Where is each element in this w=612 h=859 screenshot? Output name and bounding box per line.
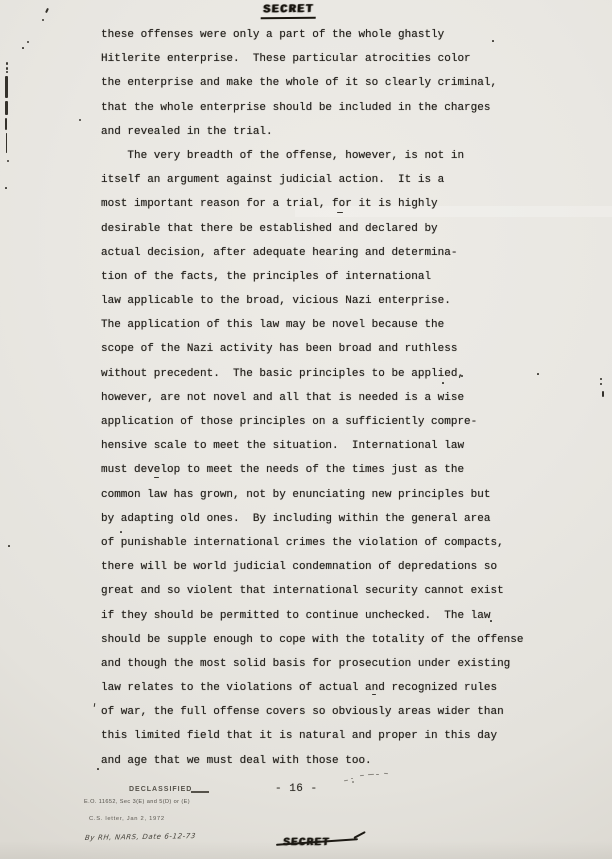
ink-speck xyxy=(492,40,494,42)
typewritten-line: there will be world judicial condemnatio… xyxy=(101,555,523,579)
secret-stamp-top: SECRET xyxy=(261,3,317,19)
typewritten-line: that the whole enterprise should be incl… xyxy=(101,96,523,120)
ink-speck xyxy=(97,768,99,770)
typewritten-line: these offenses were only a part of the w… xyxy=(101,23,523,47)
secret-stamp-bottom-wrap: SECRET xyxy=(283,832,330,850)
typewritten-line: law applicable to the broad, vicious Naz… xyxy=(101,289,523,313)
typewritten-line: if they should be permitted to continue … xyxy=(101,604,523,628)
ink-speck xyxy=(120,531,122,533)
typewritten-line: most important reason for a trial, for i… xyxy=(101,192,523,216)
margin-pen-stroke xyxy=(6,133,7,153)
typewritten-line: application of those principles on a suf… xyxy=(101,410,523,434)
authority-letter-line: C.S. letter, Jan 2, 1972 xyxy=(89,816,165,822)
typewritten-line: by adapting old ones. By including withi… xyxy=(101,507,523,531)
typewritten-line: scope of the Nazi activity has been broa… xyxy=(101,337,523,361)
ink-speck xyxy=(79,119,81,121)
typewritten-line: desirable that there be established and … xyxy=(101,217,523,241)
typo-correction-mark xyxy=(372,694,376,695)
typewritten-line: the enterprise and make the whole of it … xyxy=(101,71,523,95)
margin-pen-dot xyxy=(6,71,8,73)
ink-speck xyxy=(42,19,44,21)
typewritten-line: must develop to meet the needs of the ti… xyxy=(101,458,523,482)
ink-speck xyxy=(602,391,604,397)
typo-correction-mark xyxy=(337,212,343,213)
typewritten-line: The very breadth of the offense, however… xyxy=(101,144,523,168)
executive-order-line: E.O. 11652, Sec 3(E) and 5(D) or (E) xyxy=(84,799,190,805)
stray-quote-mark xyxy=(94,703,96,707)
declassified-label: DECLASSIFIED xyxy=(129,786,192,793)
ink-speck xyxy=(537,373,539,375)
margin-pen-stroke xyxy=(5,101,8,115)
page-number: - 16 - xyxy=(275,783,318,795)
ink-speck xyxy=(600,383,602,385)
typewritten-line: actual decision, after adequate hearing … xyxy=(101,241,523,265)
strikethrough-tail xyxy=(353,831,365,839)
typewritten-line: tion of the facts, the principles of int… xyxy=(101,265,523,289)
ink-speck xyxy=(490,620,492,622)
typewritten-line: itself an argument against judicial acti… xyxy=(101,168,523,192)
typewritten-line: Hitlerite enterprise. These particular a… xyxy=(101,47,523,71)
typewritten-line: and revealed in the trial. xyxy=(101,120,523,144)
ink-speck xyxy=(22,47,24,49)
ink-speck xyxy=(45,8,49,13)
ink-speck xyxy=(461,375,463,377)
margin-pen-dot xyxy=(6,62,8,65)
margin-pen-dot xyxy=(7,160,9,162)
ink-speck xyxy=(442,382,444,384)
margin-pen-stroke xyxy=(5,76,8,98)
typewritten-line: however, are not novel and all that is n… xyxy=(101,386,523,410)
typewritten-line: should be supple enough to cope with the… xyxy=(101,628,523,652)
margin-pen-stroke xyxy=(5,118,7,130)
typewritten-line: of war, the full offense covers so obvio… xyxy=(101,700,523,724)
typewritten-line: of punishable international crimes the v… xyxy=(101,531,523,555)
pencil-smudge xyxy=(342,770,397,786)
ink-speck xyxy=(27,41,29,43)
typewritten-line: and age that we must deal with those too… xyxy=(101,749,523,773)
typewritten-line: common law has grown, not by enunciating… xyxy=(101,483,523,507)
typewritten-line: great and so violent that international … xyxy=(101,579,523,603)
margin-pen-dot xyxy=(5,187,7,189)
typewritten-line: and though the most solid basis for pros… xyxy=(101,652,523,676)
typewritten-page-body: these offenses were only a part of the w… xyxy=(101,23,523,773)
typewritten-line: The application of this law may be novel… xyxy=(101,313,523,337)
typewritten-line: law relates to the violations of actual … xyxy=(101,676,523,700)
typewritten-line: without precedent. The basic principles … xyxy=(101,362,523,386)
ink-speck xyxy=(8,545,10,547)
margin-pen-dot xyxy=(6,67,8,70)
ink-speck xyxy=(600,378,602,380)
stamp-dash xyxy=(191,791,209,793)
typo-correction-mark xyxy=(154,477,159,478)
typewritten-line: this limited field that it is natural an… xyxy=(101,724,523,748)
typewritten-line: hensive scale to meet the situation. Int… xyxy=(101,434,523,458)
